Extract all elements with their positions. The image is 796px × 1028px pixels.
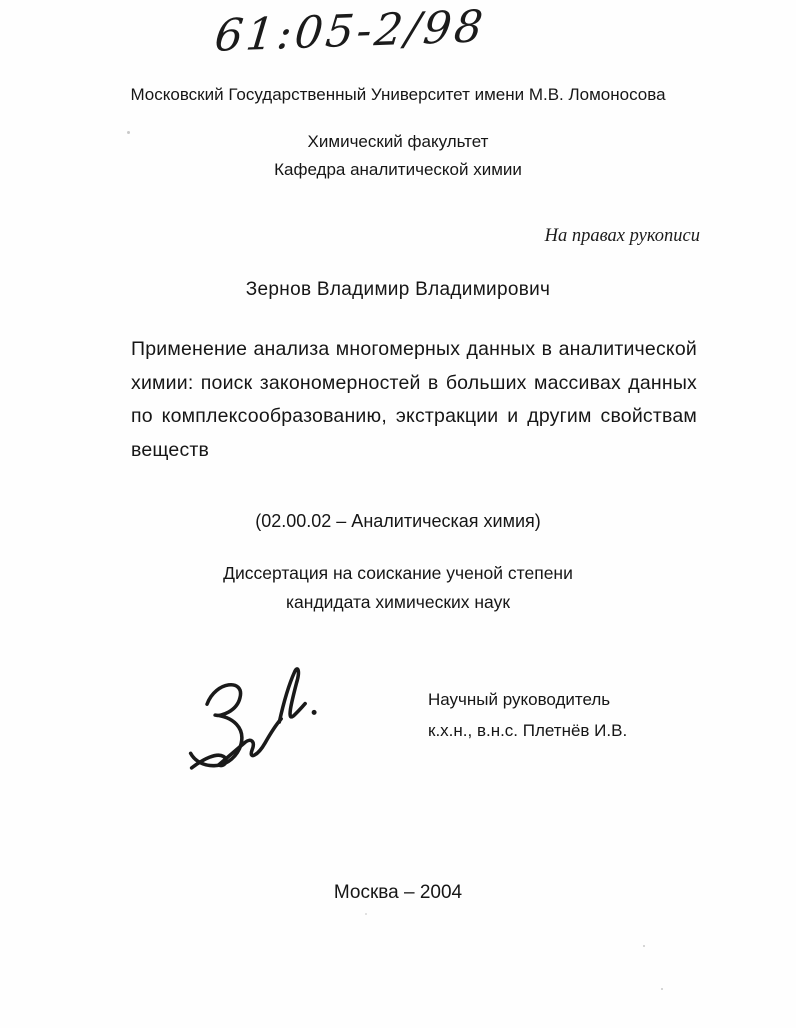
degree-statement-line-2: кандидата химических наук bbox=[0, 592, 796, 613]
scan-speck bbox=[661, 988, 663, 990]
department-name: Кафедра аналитической химии bbox=[0, 160, 796, 180]
dissertation-title-page: 61:05-2/98 Московский Государственный Ун… bbox=[0, 0, 796, 1028]
author-name: Зернов Владимир Владимирович bbox=[0, 279, 796, 301]
scan-speck bbox=[127, 131, 130, 134]
handwritten-catalog-number: 61:05-2/98 bbox=[212, 1, 487, 62]
manuscript-rights-note: На правах рукописи bbox=[545, 226, 700, 247]
dissertation-title: Применение анализа многомерных данных в … bbox=[131, 333, 697, 467]
scan-speck bbox=[365, 913, 367, 915]
degree-statement-line-1: Диссертация на соискание ученой степени bbox=[0, 563, 796, 584]
title-line-2: химии: поиск закономерностей в больших м… bbox=[131, 367, 697, 401]
city-and-year: Москва – 2004 bbox=[0, 882, 796, 904]
supervisor-block: Научный руководитель к.х.н., в.н.с. Плет… bbox=[428, 684, 627, 746]
title-line-1: Применение анализа многомерных данных в … bbox=[131, 333, 697, 367]
supervisor-name: к.х.н., в.н.с. Плетнёв И.В. bbox=[428, 715, 627, 746]
specialty-code: (02.00.02 – Аналитическая химия) bbox=[0, 511, 796, 532]
faculty-name: Химический факультет bbox=[0, 132, 796, 152]
author-signature bbox=[161, 657, 329, 793]
supervisor-heading: Научный руководитель bbox=[428, 684, 627, 715]
title-line-3: по комплексообразованию, экстракции и др… bbox=[131, 400, 697, 434]
university-name: Московский Государственный Университет и… bbox=[0, 85, 796, 105]
title-line-4: веществ bbox=[131, 434, 697, 468]
scan-speck bbox=[643, 945, 645, 947]
